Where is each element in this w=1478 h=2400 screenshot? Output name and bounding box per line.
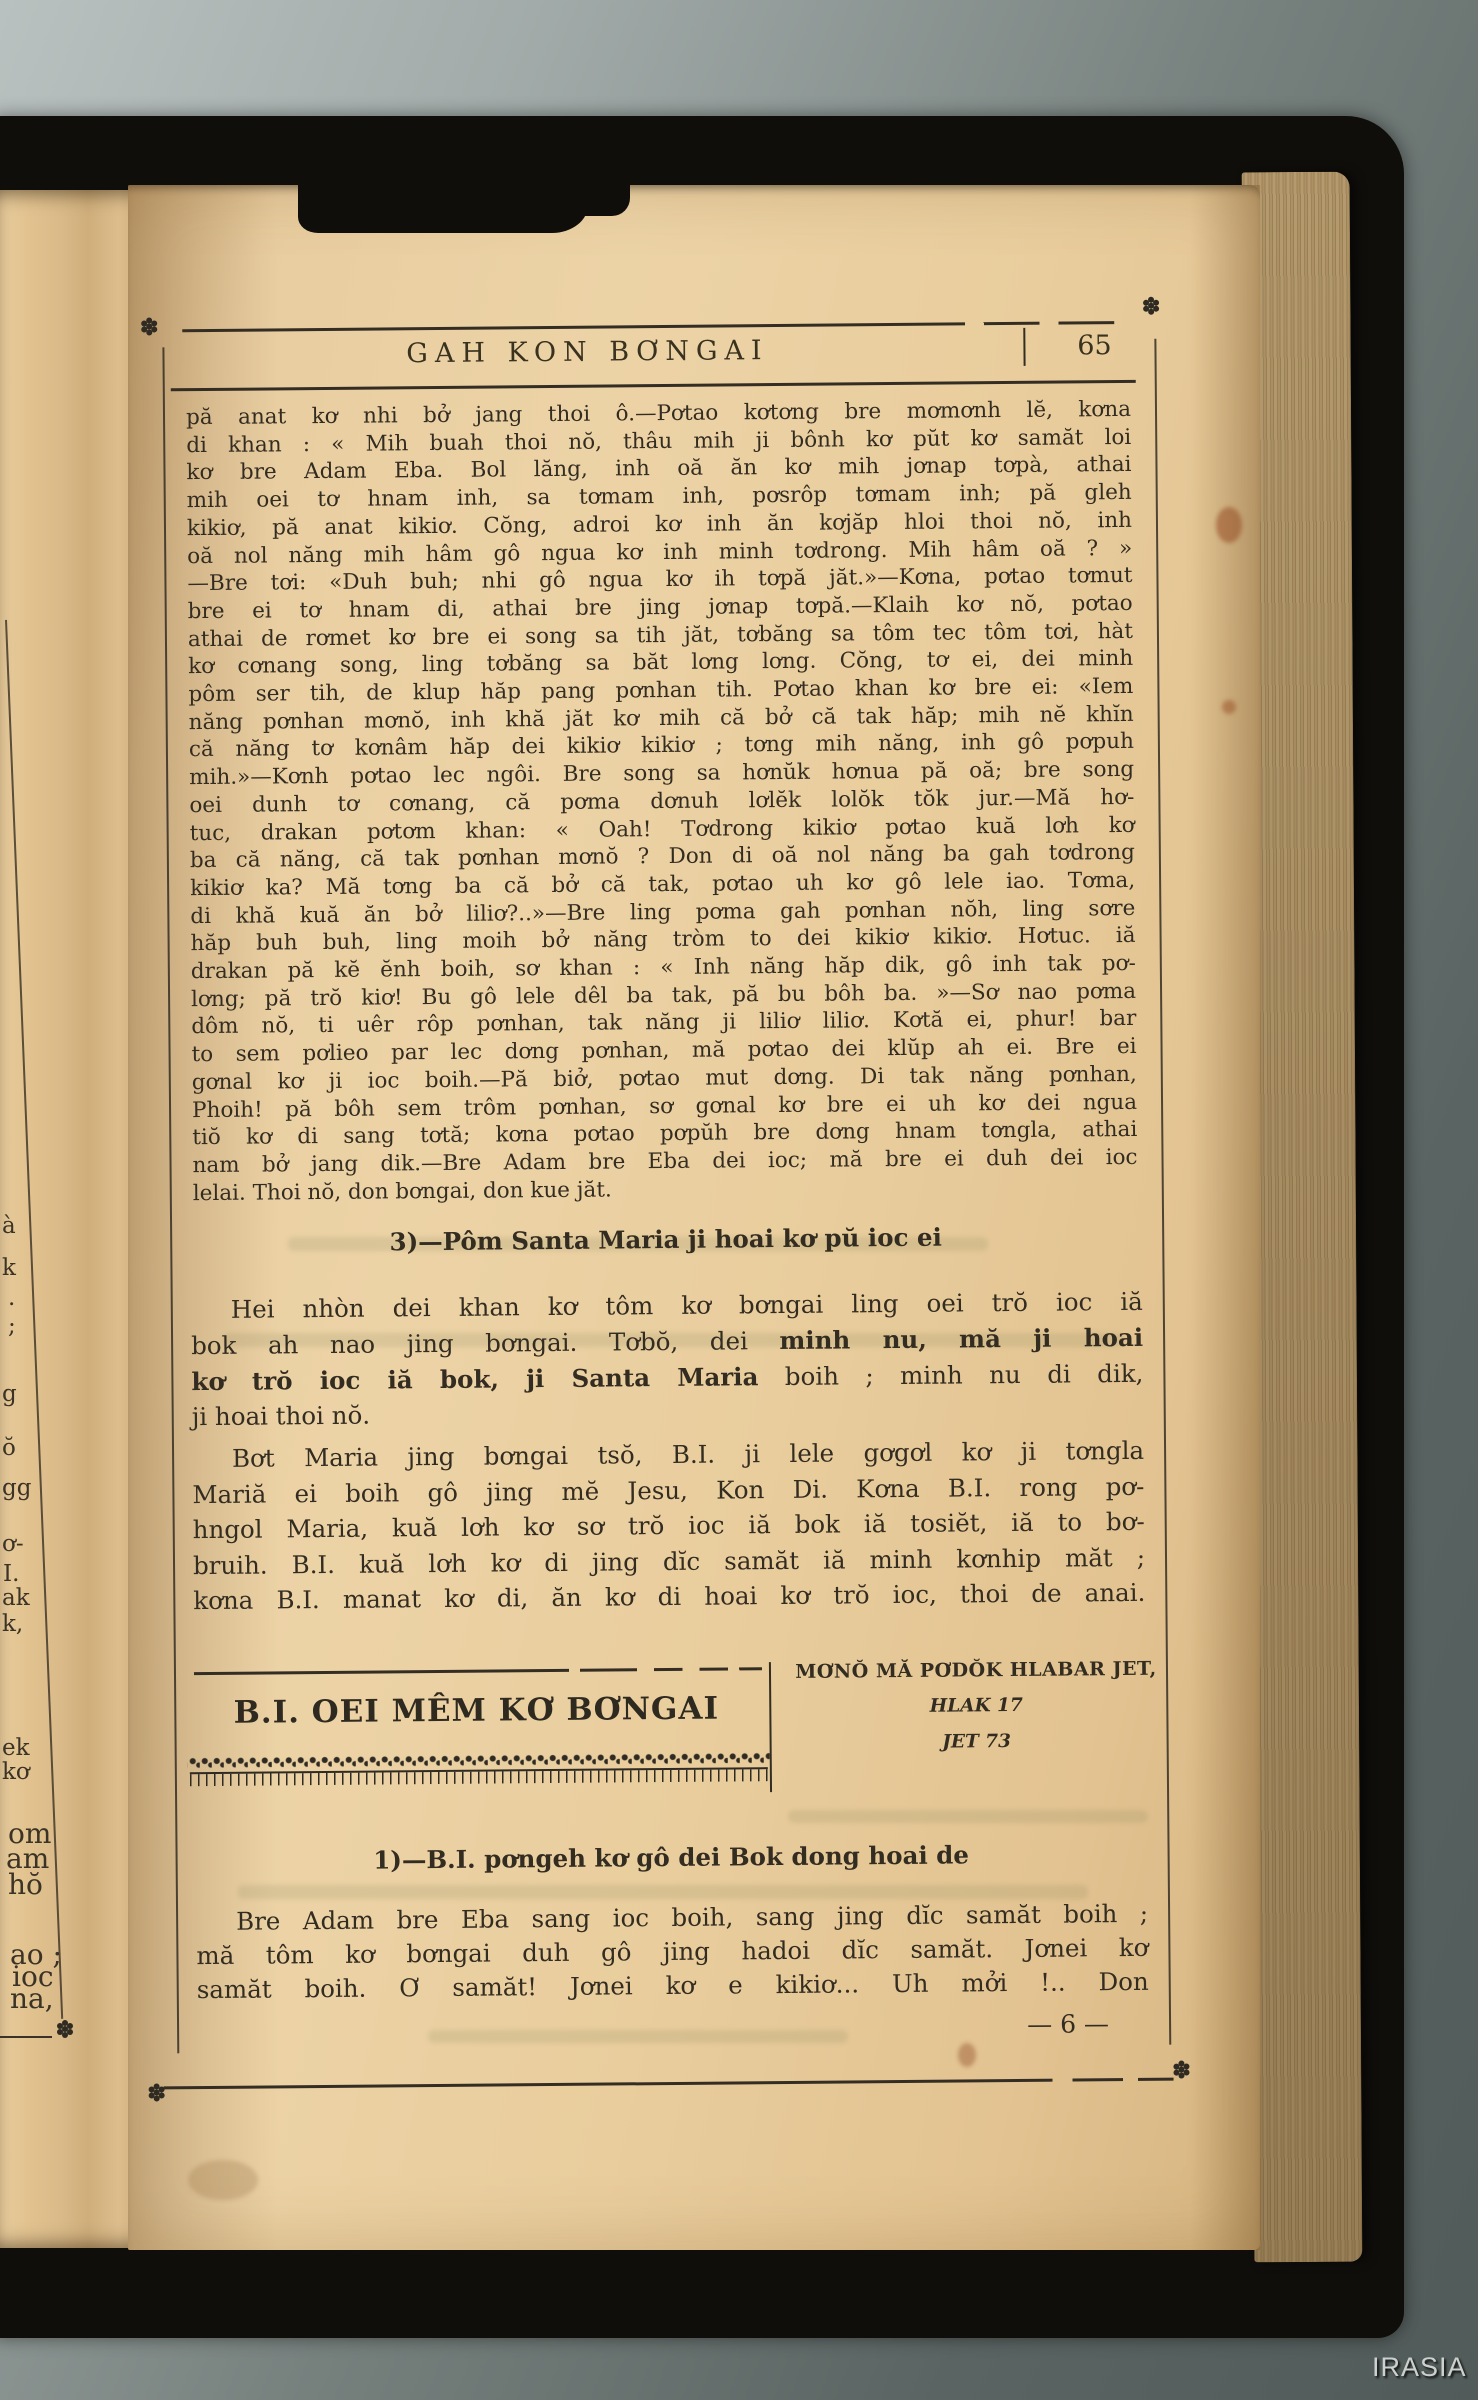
chapter-reference-line-1: MƠNŎ MĂ PƠDŎK HLABAR JET, <box>780 1658 1172 1683</box>
chapter-box-divider <box>769 1662 772 1792</box>
section-3-heading: 3)—Pôm Santa Maria ji hoai kơ pŭ ioc ei <box>193 1221 1138 1258</box>
text-fragment: k <box>2 1257 62 1280</box>
stain <box>1222 700 1236 714</box>
text-fragment: ek <box>2 1737 62 1760</box>
text-fragment: ; <box>8 1315 68 1338</box>
lace-ornament-fringe <box>190 1767 768 1786</box>
flower-ornament-icon <box>146 323 152 329</box>
chapter-reference-line-3: JET 73 <box>781 1730 1173 1754</box>
printed-frame: GAH KON BƠNGAI 65 pă anat kơ nhi bở jang… <box>119 180 1269 2255</box>
header-separator-bar <box>1023 328 1025 366</box>
text-fragment: ŏ <box>2 1437 62 1460</box>
paragraph-continuation: pă anat kơ nhi bở jang thoi ô.—Pơtao kơt… <box>186 396 1138 1208</box>
signature-mark: — 6 — <box>948 2008 1188 2039</box>
text-fragment: à <box>2 1215 62 1238</box>
header-bottom-rule <box>171 380 1136 391</box>
section-1-paragraph: Bre Adam bre Eba sang ioc boih, sang jin… <box>196 1897 1149 2007</box>
text-line: kơna B.I. manat kơ di, ăn kơ di hoai kơ … <box>193 1575 1145 1619</box>
text-fragment: kơ <box>2 1761 62 1784</box>
chapter-title: B.I. OEI MÊM KƠ BƠNGAI <box>202 1690 750 1731</box>
text-fragment: g <box>2 1383 62 1406</box>
stain <box>1216 507 1242 543</box>
flower-ornament-icon <box>154 2089 160 2095</box>
flower-ornament-icon <box>62 2026 68 2032</box>
section-3-paragraph-b: Bơt Maria jing bơngai tsŏ, B.I. ji lele … <box>192 1433 1146 1619</box>
scanned-book-page-photo: àk.;gŏggơ-I.akk,ekkơomamhŏao ;iocna, GAH… <box>0 0 1478 2400</box>
text-fragment: ak <box>2 1587 62 1610</box>
chapter-reference-line-2: HLAK 17 <box>780 1694 1172 1718</box>
section-1-heading: 1)—B.I. pơngeh kơ gô dei Bok dong hoai d… <box>198 1839 1143 1876</box>
section-3-paragraph-a: Hei nhòn dei khan kơ tôm kơ bơngai ling … <box>191 1284 1144 1435</box>
text-fragment: na, <box>10 1985 70 2013</box>
book-page: GAH KON BƠNGAI 65 pă anat kơ nhi bở jang… <box>128 185 1260 2250</box>
text-fragment: hŏ <box>8 1871 68 1899</box>
header-top-rule <box>182 321 1114 332</box>
frame-border-left <box>162 347 179 2053</box>
text-line: samăt boih. Ơ samăt! Jơnei kơ e kikiơ...… <box>197 1965 1149 2007</box>
page-number: 65 <box>1038 330 1150 362</box>
frame-border-right <box>1154 339 1171 2045</box>
running-header-title: GAH KON BƠNGAI <box>182 333 992 371</box>
text-fragment: k, <box>2 1613 62 1636</box>
text-fragment: . <box>8 1287 68 1310</box>
text-fragment: ơ- <box>2 1533 62 1556</box>
text-fragment: gg <box>2 1477 62 1500</box>
scanner-watermark: IRASIA <box>1372 2352 1467 2383</box>
flower-ornament-icon <box>1178 2067 1184 2073</box>
facing-page-bottom-rule <box>0 2036 52 2038</box>
flower-ornament-icon <box>1148 303 1154 309</box>
text-line: ji hoai thoi nŏ. <box>192 1391 1144 1435</box>
text-fragment: I. <box>3 1563 63 1586</box>
footer-rule <box>164 2078 1174 2089</box>
chapter-box-top-rule <box>194 1667 762 1675</box>
